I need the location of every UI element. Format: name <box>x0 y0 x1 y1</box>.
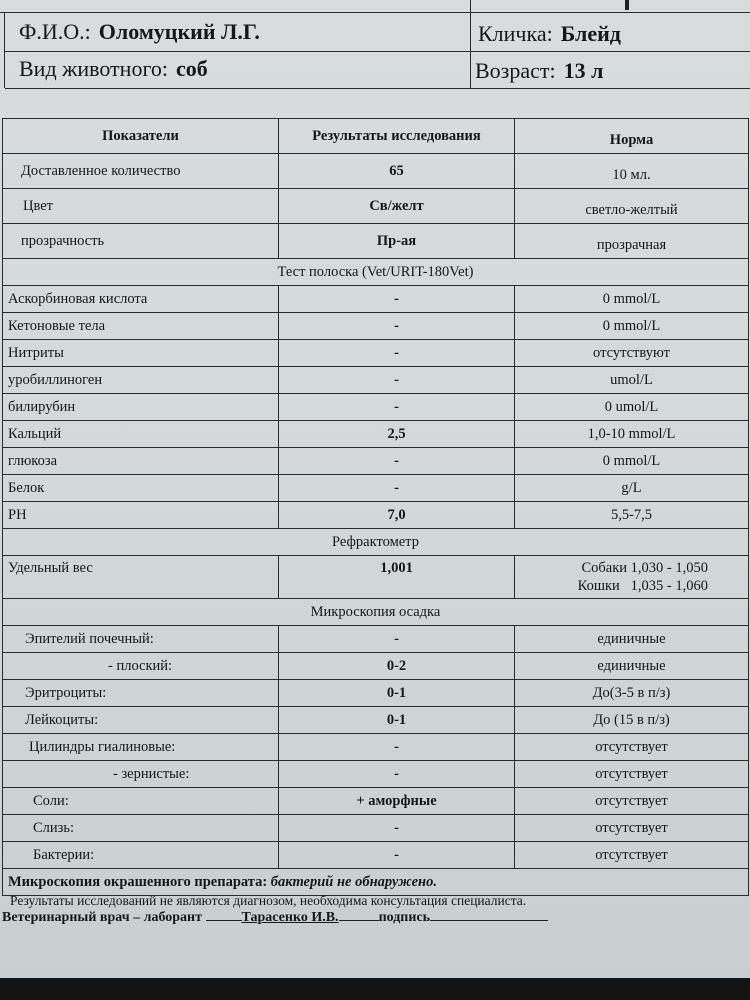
stained-microscopy-row: Микроскопия окрашенного препарата: бакте… <box>3 869 749 896</box>
row-norm: отсутствует <box>515 734 749 761</box>
row-result: - <box>279 313 515 340</box>
divider <box>470 0 471 12</box>
section-title-refractometer: Рефрактометр <box>3 529 749 556</box>
age-field: Возраст:13 л <box>475 58 603 84</box>
nickname-label: Кличка: <box>478 21 553 46</box>
row-norm: светло-желтый <box>515 189 749 224</box>
nickname-value: Блейд <box>561 21 621 46</box>
header-row-owner: Ф.И.О.:Оломуцкий Л.Г. Кличка:Блейд <box>5 13 750 52</box>
row-norm: отсутствует <box>515 815 749 842</box>
table-row: - зернистые:-отсутствует <box>3 761 749 788</box>
signature-label: подпись <box>379 910 431 925</box>
row-name: Соли: <box>3 788 279 815</box>
row-norm: единичные <box>515 626 749 653</box>
row-result: - <box>279 626 515 653</box>
row-norm: g/L <box>515 475 749 502</box>
row-name: - зернистые: <box>3 761 279 788</box>
vet-label: Ветеринарный врач – лаборант <box>2 910 202 925</box>
animal-type-value: соб <box>176 56 208 81</box>
lab-report-page: Ф.И.О.:Оломуцкий Л.Г. Кличка:Блейд Вид ж… <box>0 0 750 985</box>
table-row: Соли:+ аморфныеотсутствует <box>3 788 749 815</box>
row-result: + аморфные <box>279 788 515 815</box>
section-row-refractometer: Рефрактометр <box>3 529 749 556</box>
row-name: Удельный вес <box>3 556 279 599</box>
row-name: Аскорбиновая кислота <box>3 286 279 313</box>
table-row: Аскорбиновая кислота-0 mmol/L <box>3 286 749 313</box>
table-row: PH7,05,5-7,5 <box>3 502 749 529</box>
row-norm: 0 mmol/L <box>515 286 749 313</box>
section-title-strip-test: Тест полоска (Vet/URIT-180Vet) <box>3 259 749 286</box>
table-row: Нитриты-отсутствуют <box>3 340 749 367</box>
row-result: 0-1 <box>279 680 515 707</box>
row-name: глюкоза <box>3 448 279 475</box>
header-top-edge <box>0 0 750 13</box>
owner-value: Оломуцкий Л.Г. <box>99 19 260 44</box>
table-row: Цвет Св/желт светло-желтый <box>3 189 749 224</box>
section-row-microscopy: Микроскопия осадка <box>3 599 749 626</box>
age-label: Возраст: <box>475 58 556 83</box>
row-name: Цвет <box>3 189 279 224</box>
row-norm: 0 mmol/L <box>515 313 749 340</box>
row-result: - <box>279 394 515 421</box>
stained-microscopy-value: бактерий не обнаружено. <box>271 874 437 890</box>
cut-off-glyph <box>625 0 629 10</box>
row-name: Слизь: <box>3 815 279 842</box>
row-name: прозрачность <box>3 224 279 259</box>
row-norm: единичные <box>515 653 749 680</box>
row-name: Лейкоциты: <box>3 707 279 734</box>
table-row: прозрачность Пр-ая прозрачная <box>3 224 749 259</box>
nickname-field: Кличка:Блейд <box>478 21 621 47</box>
row-norm: 0 umol/L <box>515 394 749 421</box>
norm-dogs: Собаки 1,030 - 1,050 <box>520 559 708 577</box>
row-result: - <box>279 448 515 475</box>
table-row: Эритроциты:0-1До(3-5 в п/з) <box>3 680 749 707</box>
row-name: уробиллиноген <box>3 367 279 394</box>
header-row-animal: Вид животного:соб Возраст:13 л <box>5 50 750 89</box>
results-table: Показатели Результаты исследования Норма… <box>2 118 749 896</box>
table-row: Слизь:-отсутствует <box>3 815 749 842</box>
table-row: Белок-g/L <box>3 475 749 502</box>
row-norm: прозрачная <box>515 224 749 259</box>
row-result: - <box>279 367 515 394</box>
row-result: 65 <box>279 154 515 189</box>
row-name: Цилиндры гиалиновые: <box>3 734 279 761</box>
table-row: - плоский:0-2единичные <box>3 653 749 680</box>
table-row: Лейкоциты:0-1До (15 в п/з) <box>3 707 749 734</box>
column-header-result: Результаты исследования <box>279 119 515 154</box>
table-row: Доставленное количество 65 10 мл. <box>3 154 749 189</box>
row-result: 2,5 <box>279 421 515 448</box>
row-result: - <box>279 734 515 761</box>
underline <box>339 920 379 921</box>
table-row: Бактерии:-отсутствует <box>3 842 749 869</box>
row-result: 7,0 <box>279 502 515 529</box>
table-row: Кетоновые тела-0 mmol/L <box>3 313 749 340</box>
owner-label: Ф.И.О.: <box>19 19 91 44</box>
table-row: билирубин-0 umol/L <box>3 394 749 421</box>
row-norm: 10 мл. <box>515 154 749 189</box>
results-table-container: Показатели Результаты исследования Норма… <box>2 118 748 896</box>
row-name: Белок <box>3 475 279 502</box>
row-name: PH <box>3 502 279 529</box>
row-norm: отсутствует <box>515 842 749 869</box>
row-norm: отсутствуют <box>515 340 749 367</box>
row-norm: 5,5-7,5 <box>515 502 749 529</box>
signature-blank <box>430 920 548 921</box>
table-row: Эпителий почечный:-единичные <box>3 626 749 653</box>
row-name: Нитриты <box>3 340 279 367</box>
animal-type-field: Вид животного:соб <box>19 56 208 82</box>
row-name: Бактерии: <box>3 842 279 869</box>
section-row-strip: Тест полоска (Vet/URIT-180Vet) <box>3 259 749 286</box>
row-result: 0-1 <box>279 707 515 734</box>
row-name: Кетоновые тела <box>3 313 279 340</box>
stained-microscopy-cell: Микроскопия окрашенного препарата: бакте… <box>3 869 749 896</box>
screen-bezel <box>0 978 750 1000</box>
disclaimer-text: Результаты исследований не являются диаг… <box>10 893 526 909</box>
row-norm: отсутствует <box>515 788 749 815</box>
row-name: Кальций <box>3 421 279 448</box>
column-header-indicator: Показатели <box>3 119 279 154</box>
row-norm: Собаки 1,030 - 1,050 Кошки 1,035 - 1,060 <box>515 556 749 599</box>
table-row: Кальций2,51,0-10 mmol/L <box>3 421 749 448</box>
row-result: - <box>279 340 515 367</box>
row-norm: umol/L <box>515 367 749 394</box>
row-result: Пр-ая <box>279 224 515 259</box>
table-row-specific-gravity: Удельный вес 1,001 Собаки 1,030 - 1,050 … <box>3 556 749 599</box>
row-name: Доставленное количество <box>3 154 279 189</box>
row-name: Эритроциты: <box>3 680 279 707</box>
table-header-row: Показатели Результаты исследования Норма <box>3 119 749 154</box>
owner-field: Ф.И.О.:Оломуцкий Л.Г. <box>19 19 260 45</box>
vet-name: Тарасенко И.В. <box>242 910 339 925</box>
row-result: - <box>279 475 515 502</box>
animal-type-label: Вид животного: <box>19 56 168 81</box>
row-result: 0-2 <box>279 653 515 680</box>
norm-cats: Кошки 1,035 - 1,060 <box>520 577 708 595</box>
row-result: - <box>279 286 515 313</box>
row-name: билирубин <box>3 394 279 421</box>
row-result: 1,001 <box>279 556 515 599</box>
table-row: уробиллиноген-umol/L <box>3 367 749 394</box>
row-result: Св/желт <box>279 189 515 224</box>
row-norm: 0 mmol/L <box>515 448 749 475</box>
row-result: - <box>279 761 515 788</box>
row-name: - плоский: <box>3 653 279 680</box>
row-result: - <box>279 842 515 869</box>
row-result: - <box>279 815 515 842</box>
row-norm: отсутствует <box>515 761 749 788</box>
row-norm: До(3-5 в п/з) <box>515 680 749 707</box>
signature-line: Ветеринарный врач – лаборант Тарасенко И… <box>2 910 548 926</box>
section-title-microscopy: Микроскопия осадка <box>3 599 749 626</box>
column-header-norm: Норма <box>515 119 749 154</box>
age-value: 13 л <box>564 58 604 83</box>
table-row: Цилиндры гиалиновые:-отсутствует <box>3 734 749 761</box>
stained-microscopy-label: Микроскопия окрашенного препарата: <box>8 874 267 890</box>
underline <box>206 920 242 921</box>
row-name: Эпителий почечный: <box>3 626 279 653</box>
row-norm: До (15 в п/з) <box>515 707 749 734</box>
row-norm: 1,0-10 mmol/L <box>515 421 749 448</box>
table-row: глюкоза-0 mmol/L <box>3 448 749 475</box>
